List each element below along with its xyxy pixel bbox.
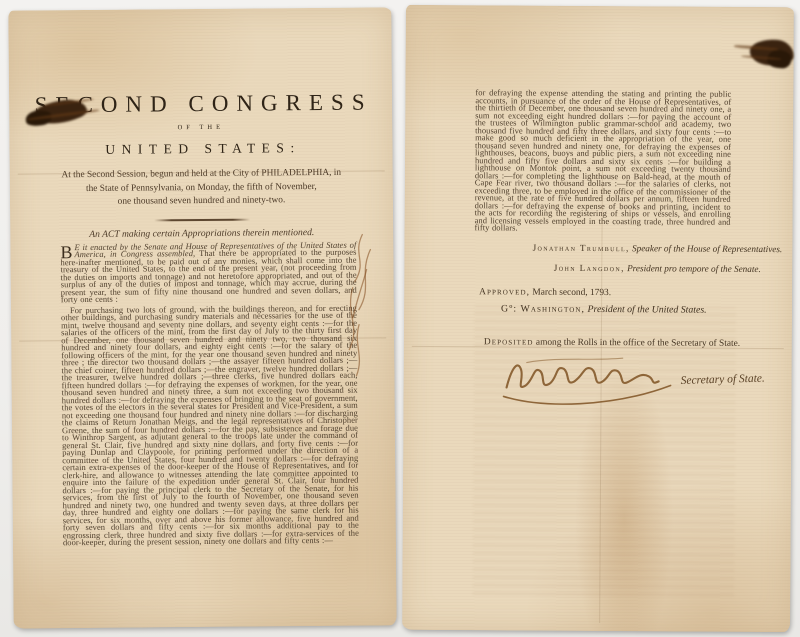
ink-scribble [322, 229, 378, 379]
signer-title: Speaker of the House of Representatives. [630, 243, 783, 254]
signer-name: Jonathan Trumbull, [533, 242, 630, 253]
decorative-rule [154, 218, 250, 221]
signer-name: John Langdon, [554, 263, 625, 273]
approved-line: Approved, March second, 1793. [479, 287, 792, 299]
signer-langdon: John Langdon, President pro tempore of t… [532, 263, 782, 275]
jefferson-title: Secretary of State. [680, 372, 765, 386]
session-line: one thousand seven hundred and ninety-tw… [36, 194, 366, 210]
enacting-clause: BE it enacted by the Senate and House of… [60, 241, 357, 304]
page-subtitle: UNITED STATES: [13, 139, 392, 158]
session-line: At the Second Session, begun and held at… [36, 167, 366, 183]
document-photo: { "colors": { "paper": "#ead9bc", "ink_b… [0, 0, 800, 637]
bleed-through-text [472, 305, 736, 597]
approved-word: Approved, [479, 287, 530, 297]
signer-title: President pro tempore of the Senate. [625, 263, 761, 274]
document-page-left: SECOND CONGRESS OF THE UNITED STATES: At… [8, 7, 396, 628]
signer-trumbull: Jonathan Trumbull, Speaker of the House … [532, 242, 782, 254]
continuation-paragraph: for defraying the expense attending the … [475, 89, 732, 233]
ink-blot [732, 29, 799, 82]
document-page-right: for defraying the expense attending the … [402, 5, 794, 632]
approved-date: March second, 1793. [530, 287, 611, 297]
act-body-continued: for defraying the expense attending the … [475, 89, 732, 233]
act-body: BE it enacted by the Senate and House of… [60, 241, 359, 547]
